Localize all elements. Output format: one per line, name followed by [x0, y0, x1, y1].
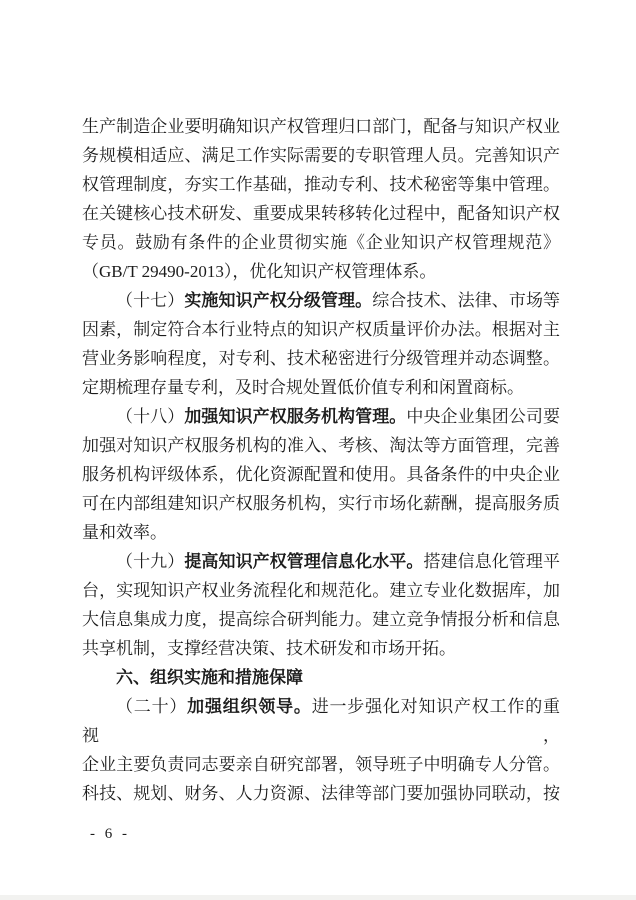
text-line: 定期梳理存量专利，及时合规处置低价值专利和闲置商标。 [82, 373, 560, 402]
text-line: 务规模相适应、满足工作实际需要的专职管理人员。完善知识产 [82, 141, 560, 170]
body-text: （GB/T 29490-2013），优化知识产权管理体系。 [82, 262, 436, 281]
scan-edge-shadow [0, 895, 636, 900]
body-text: 综合技术、法律、市场等 [372, 291, 560, 310]
body-text: 大信息集成力度，提高综合研判能力。建立竞争情报分析和信息 [82, 610, 560, 629]
body-text: 营业务影响程度，对专利、技术秘密进行分级管理并动态调整。 [82, 349, 560, 368]
text-line: 科技、规划、财务、人力资源、法律等部门要加强协同联动，按 [82, 779, 560, 808]
body-text: 搭建信息化管理平 [423, 552, 560, 571]
text-line: 加强对知识产权服务机构的准入、考核、淘汰等方面管理，完善 [82, 431, 560, 460]
body-text: （十八） [116, 407, 184, 426]
emphasis-text: 六、组织实施和措施保障 [116, 668, 303, 687]
text-line: 生产制造企业要明确知识产权管理归口部门，配备与知识产权业 [82, 112, 560, 141]
body-text: 量和效率。 [82, 523, 167, 542]
document-page: 生产制造企业要明确知识产权管理归口部门，配备与知识产权业务规模相适应、满足工作实… [0, 0, 636, 900]
text-line: 因素，制定符合本行业特点的知识产权质量评价办法。根据对主 [82, 315, 560, 344]
emphasis-text: 提高知识产权管理信息化水平。 [184, 552, 423, 571]
body-text: 加强对知识产权服务机构的准入、考核、淘汰等方面管理，完善 [82, 436, 560, 455]
document-body: 生产制造企业要明确知识产权管理归口部门，配备与知识产权业务规模相适应、满足工作实… [82, 112, 560, 808]
text-line: 企业主要负责同志要亲自研究部署，领导班子中明确专人分管。 [82, 750, 560, 779]
text-line: 专员。鼓励有条件的企业贯彻实施《企业知识产权管理规范》 [82, 228, 560, 257]
page-number: - 6 - [90, 824, 130, 844]
body-text: 务规模相适应、满足工作实际需要的专职管理人员。完善知识产 [82, 146, 560, 165]
body-text: （十七） [116, 291, 184, 310]
text-line: 六、组织实施和措施保障 [82, 663, 560, 692]
text-line: 量和效率。 [82, 518, 560, 547]
body-text: 中央企业集团公司要 [406, 407, 560, 426]
text-line: 营业务影响程度，对专利、技术秘密进行分级管理并动态调整。 [82, 344, 560, 373]
text-line: 服务机构评级体系，优化资源配置和使用。具备条件的中央企业 [82, 460, 560, 489]
body-text: （十九） [116, 552, 184, 571]
text-line: （二十）加强组织领导。进一步强化对知识产权工作的重视， [82, 692, 560, 750]
text-line: （十八）加强知识产权服务机构管理。中央企业集团公司要 [82, 402, 560, 431]
text-line: （GB/T 29490-2013），优化知识产权管理体系。 [82, 257, 560, 286]
text-line: （十七）实施知识产权分级管理。综合技术、法律、市场等 [82, 286, 560, 315]
text-line: 权管理制度，夯实工作基础，推动专利、技术秘密等集中管理。 [82, 170, 560, 199]
body-text: 专员。鼓励有条件的企业贯彻实施《企业知识产权管理规范》 [82, 233, 560, 252]
body-text: 定期梳理存量专利，及时合规处置低价值专利和闲置商标。 [82, 378, 524, 397]
body-text: 因素，制定符合本行业特点的知识产权质量评价办法。根据对主 [82, 320, 560, 339]
text-line: 大信息集成力度，提高综合研判能力。建立竞争情报分析和信息 [82, 605, 560, 634]
emphasis-text: 加强组织领导。 [187, 697, 312, 716]
body-text: 服务机构评级体系，优化资源配置和使用。具备条件的中央企业 [82, 465, 560, 484]
body-text: （二十） [116, 697, 187, 716]
body-text: 权管理制度，夯实工作基础，推动专利、技术秘密等集中管理。 [82, 175, 560, 194]
text-line: 共享机制，支撑经营决策、技术研发和市场开拓。 [82, 634, 560, 663]
body-text: 可在内部组建知识产权服务机构，实行市场化薪酬，提高服务质 [82, 494, 560, 513]
body-text: 台，实现知识产权业务流程化和规范化。建立专业化数据库，加 [82, 581, 560, 600]
text-line: 可在内部组建知识产权服务机构，实行市场化薪酬，提高服务质 [82, 489, 560, 518]
body-text: 企业主要负责同志要亲自研究部署，领导班子中明确专人分管。 [82, 755, 560, 774]
body-text: 科技、规划、财务、人力资源、法律等部门要加强协同联动，按 [82, 784, 560, 803]
body-text: 在关键核心技术研发、重要成果转移转化过程中，配备知识产权 [82, 204, 560, 223]
body-text: 共享机制，支撑经营决策、技术研发和市场开拓。 [82, 639, 456, 658]
body-text: 生产制造企业要明确知识产权管理归口部门，配备与知识产权业 [82, 117, 560, 136]
text-line: 台，实现知识产权业务流程化和规范化。建立专业化数据库，加 [82, 576, 560, 605]
emphasis-text: 加强知识产权服务机构管理。 [184, 407, 406, 426]
text-line: 在关键核心技术研发、重要成果转移转化过程中，配备知识产权 [82, 199, 560, 228]
text-line: （十九）提高知识产权管理信息化水平。搭建信息化管理平 [82, 547, 560, 576]
emphasis-text: 实施知识产权分级管理。 [184, 291, 372, 310]
